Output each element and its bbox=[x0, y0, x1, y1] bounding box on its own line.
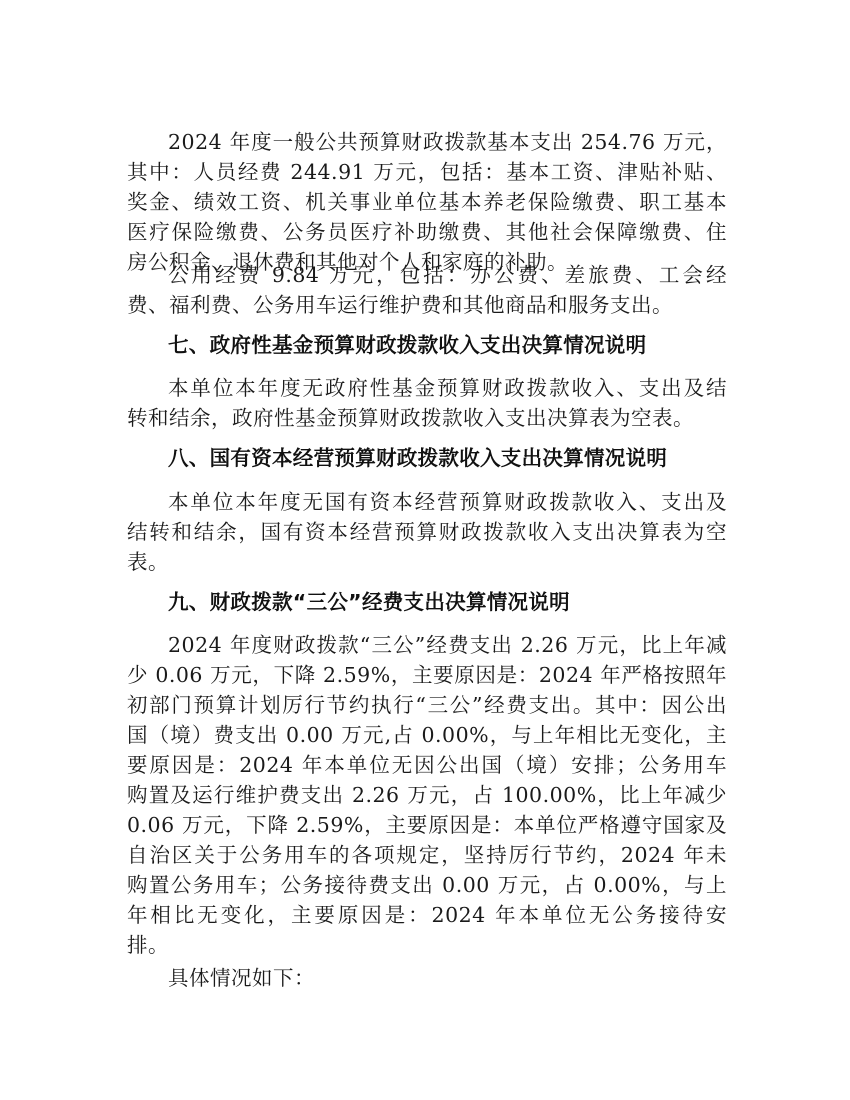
paragraph-basic-expenditure: 2024 年度一般公共预算财政拨款基本支出 254.76 万元， 其中：人员经费… bbox=[127, 127, 727, 277]
text-line: 要原因是：2024 年本单位无因公出国（境）安排；公务用车 bbox=[127, 750, 727, 780]
text-line: 转和结余，政府性基金预算财政拨款收入支出决算表为空表。 bbox=[127, 403, 727, 433]
section-heading-7: 七、政府性基金预算财政拨款收入支出决算情况说明 bbox=[168, 330, 646, 360]
paragraph-public-expenses: 公用经费 9.84 万元，包括：办公费、差旅费、工会经 费、福利费、公务用车运行… bbox=[127, 260, 727, 320]
text-line: 自治区关于公务用车的各项规定，坚持厉行节约，2024 年未 bbox=[127, 840, 727, 870]
text-line: 公用经费 9.84 万元，包括：办公费、差旅费、工会经 bbox=[127, 260, 727, 290]
text-line: 0.06 万元，下降 2.59%，主要原因是：本单位严格遵守国家及 bbox=[127, 810, 727, 840]
closing-text: 具体情况如下： bbox=[127, 963, 727, 993]
document-page: 2024 年度一般公共预算财政拨款基本支出 254.76 万元， 其中：人员经费… bbox=[0, 0, 850, 1100]
text-line: 2024 年度一般公共预算财政拨款基本支出 254.76 万元， bbox=[127, 127, 727, 157]
text-line: 表。 bbox=[127, 547, 727, 577]
text-line: 购置公务用车；公务接待费支出 0.00 万元，占 0.00%，与上 bbox=[127, 870, 727, 900]
text-line: 结转和结余，国有资本经营预算财政拨款收入支出决算表为空 bbox=[127, 517, 727, 547]
text-line: 奖金、绩效工资、机关事业单位基本养老保险缴费、职工基本 bbox=[127, 187, 727, 217]
section-heading-9: 九、财政拨款“三公”经费支出决算情况说明 bbox=[168, 587, 570, 617]
text-line: 少 0.06 万元，下降 2.59%，主要原因是：2024 年严格按照年 bbox=[127, 660, 727, 690]
paragraph-section-9: 2024 年度财政拨款“三公”经费支出 2.26 万元，比上年减 少 0.06 … bbox=[127, 630, 727, 960]
text-line: 本单位本年度无政府性基金预算财政拨款收入、支出及结 bbox=[127, 373, 727, 403]
text-line: 初部门预算计划厉行节约执行“三公”经费支出。其中：因公出 bbox=[127, 690, 727, 720]
text-line: 2024 年度财政拨款“三公”经费支出 2.26 万元，比上年减 bbox=[127, 630, 727, 660]
text-line: 国（境）费支出 0.00 万元,占 0.00%，与上年相比无变化，主 bbox=[127, 720, 727, 750]
text-line: 医疗保险缴费、公务员医疗补助缴费、其他社会保障缴费、住 bbox=[127, 217, 727, 247]
paragraph-closing: 具体情况如下： bbox=[127, 963, 727, 993]
text-line: 排。 bbox=[127, 930, 727, 960]
text-line: 其中：人员经费 244.91 万元，包括：基本工资、津贴补贴、 bbox=[127, 157, 727, 187]
section-heading-8: 八、国有资本经营预算财政拨款收入支出决算情况说明 bbox=[168, 443, 667, 473]
paragraph-section-8: 本单位本年度无国有资本经营预算财政拨款收入、支出及 结转和结余，国有资本经营预算… bbox=[127, 487, 727, 577]
text-line: 年相比无变化，主要原因是：2024 年本单位无公务接待安 bbox=[127, 900, 727, 930]
text-line: 购置及运行维护费支出 2.26 万元，占 100.00%，比上年减少 bbox=[127, 780, 727, 810]
text-line: 本单位本年度无国有资本经营预算财政拨款收入、支出及 bbox=[127, 487, 727, 517]
text-line: 费、福利费、公务用车运行维护费和其他商品和服务支出。 bbox=[127, 290, 727, 320]
paragraph-section-7: 本单位本年度无政府性基金预算财政拨款收入、支出及结 转和结余，政府性基金预算财政… bbox=[127, 373, 727, 433]
